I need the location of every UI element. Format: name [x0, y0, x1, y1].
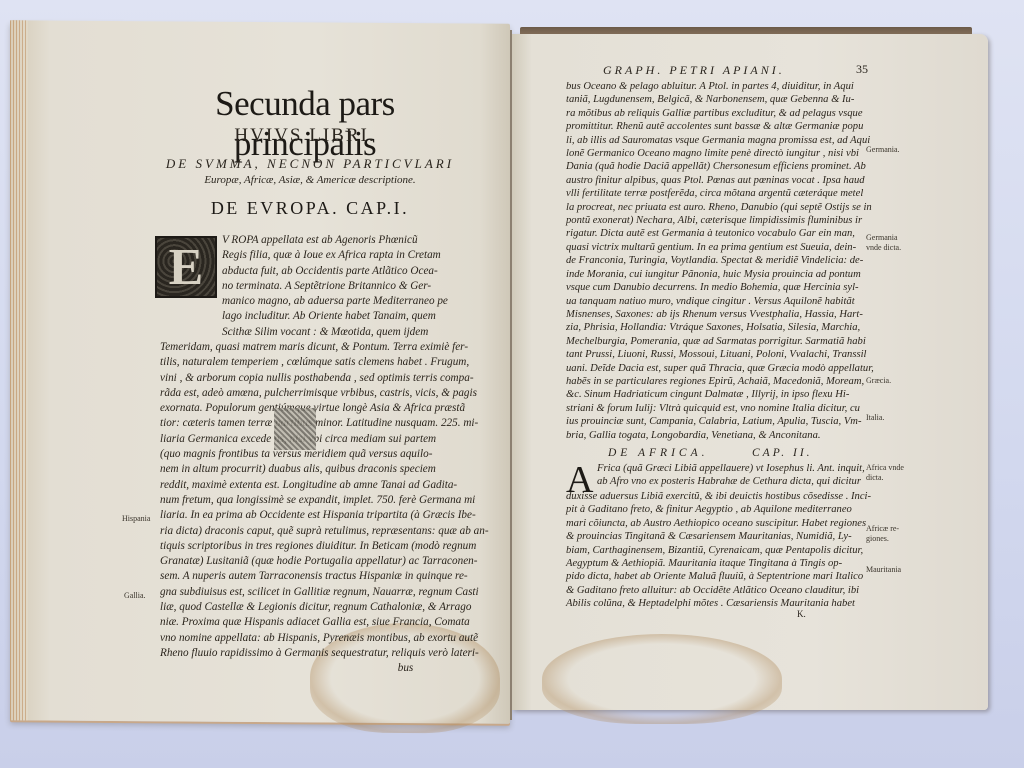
text-line: biam, Carthaginensem, Bizantiũ, Cyrenaic…: [566, 544, 871, 557]
text-line: reddit, maximè extenta est. Longitudine …: [160, 478, 489, 493]
initial-letter: E: [169, 238, 204, 297]
page-title: Secunda pars principalis: [145, 84, 465, 164]
text-line: vsque cum Danubio decurrens. In medio Bo…: [566, 281, 874, 294]
decorated-initial-E: E: [155, 236, 217, 298]
text-line: &c. Sinum Hadriaticum cingunt Dalmatæ , …: [566, 388, 874, 401]
margin-note-africa-vnde: Africa vnde: [866, 463, 904, 473]
text-line: duxisse aduersus Libiã exercitũ, & ibi d…: [566, 490, 871, 503]
text-line: tior: cæteris tamen terræ partibus minor…: [160, 416, 489, 431]
text-line: liaria Germanica excede ns, nisi vbi cir…: [160, 432, 489, 447]
margin-note-giones: giones.: [866, 534, 889, 544]
text-line: tant Prussi, Liuoni, Russi, Mossoui, Lit…: [566, 348, 874, 361]
text-line: de Franconia, Turingia, Voytlandia. Spec…: [566, 254, 874, 267]
text-line: sem. A nuperis autem Tarraconensis tract…: [160, 569, 489, 584]
text-line: niæ. Proxima quæ Hispanis adiacet Gallia…: [160, 615, 489, 630]
chapter-number: CAP. II.: [752, 447, 813, 459]
text-line: gna subdiuisus est, scilicet in Gallitiæ…: [160, 585, 489, 600]
text-line: exornata. Populorum gentiúmque virtue lo…: [160, 401, 489, 416]
text-line: vini , & arborum copia nullis posthabend…: [160, 371, 489, 386]
text-line: & prouincias Tingitanã & Cæsariensem Mau…: [566, 530, 871, 543]
text-line: Abilis colũna, & Heptadelphi mõtes . Cæs…: [566, 597, 871, 610]
text-line: tiquis scriptoribus in tres regiones diu…: [160, 539, 489, 554]
body-text-beside-initial-a: Frica (quã Græci Libiã appellauere) vt I…: [597, 462, 865, 489]
text-line: promittitur. Rhenũ autẽ accolentes sunt …: [566, 120, 874, 133]
body-text-right: bus Oceano & pelago abluitur. A Ptol. in…: [566, 80, 874, 442]
text-line: pontũ exonerat) Nechara, Albi, cæterisqu…: [566, 214, 874, 227]
text-line: Granatæ) Lusitaniã (quæ hodie Portugalia…: [160, 554, 489, 569]
margin-note-dicta: dicta.: [866, 473, 884, 483]
text-line: lago includitur. Ab Oriente habet Tanaim…: [222, 309, 448, 324]
book-gutter: [510, 30, 512, 720]
text-line: Rheno fluuio rapidissimo à Germanis sequ…: [160, 646, 489, 661]
margin-note-italia: Italia.: [866, 413, 884, 423]
open-book: Secunda pars principalis HVIVS LIBRI. DE…: [0, 0, 1024, 768]
section-subheading: Europæ, Africæ, Asiæ, & Americæ descript…: [150, 174, 470, 186]
text-line: li, ab illis ad Sauromatas vsque Germani…: [566, 134, 874, 147]
text-line: bus: [160, 661, 489, 676]
text-line: liæ, quod Castellæ & Legionis dicitur, r…: [160, 600, 489, 615]
page-subtitle: HVIVS LIBRI.: [140, 125, 470, 147]
text-line: lonẽ Germanico Oceano magno limite penè …: [566, 147, 874, 160]
text-line: num fretum, qua longissimè se expandit, …: [160, 493, 489, 508]
text-line: tilis, naturalem temperiem , cœlúmque sa…: [160, 355, 489, 370]
text-line: Mechelburgia, Pomerania, quæ ad Sarmatas…: [566, 335, 874, 348]
text-line: habẽs in se particulares regiones Epirũ,…: [566, 375, 874, 388]
text-line: liaria. In ea prima ab Occidente est His…: [160, 508, 489, 523]
margin-note-graecia: Græcia.: [866, 376, 891, 386]
text-line: Scithæ Silim vocant : & Mœotida, quem ij…: [222, 325, 448, 340]
text-line: abducta fuit, ab Occidentis parte Atlãti…: [222, 264, 448, 279]
text-line: V ROPA appellata est ab Agenoris Phœnicũ: [222, 233, 448, 248]
chapter-heading-africa: DE AFRICA.: [608, 447, 708, 459]
text-line: Misnenses, Saxones: ab ijs Rhenum versus…: [566, 308, 874, 321]
text-line: nem in altum procurrit) duabus alis, qui…: [160, 462, 489, 477]
text-line: manico magno, ab aduersa parte Mediterra…: [222, 294, 448, 309]
text-line: pido dicta, habet ab Oriente Maluã fluui…: [566, 570, 871, 583]
signature-mark: K.: [797, 609, 806, 619]
text-line: no terminata. A Septẽtrione Britannico &…: [222, 279, 448, 294]
text-line: rigatur. Dicta autẽ est Germania à teuto…: [566, 227, 874, 240]
text-line: rãda est, adeò amœna, pulcherrimisque vr…: [160, 386, 489, 401]
text-line: la procreat, nec priuata est auro. Rheno…: [566, 201, 874, 214]
body-text-beside-initial: V ROPA appellata est ab Agenoris Phœnicũ…: [222, 233, 448, 340]
text-line: vlli fertilitate terræ postferẽda, circa…: [566, 187, 874, 200]
text-line: striani & forum Iulij: Vltrà quicquid es…: [566, 402, 874, 415]
margin-note-germania: Germania.: [866, 145, 900, 155]
text-line: bria, Gallia togata, Longobardia, Veneti…: [566, 429, 874, 442]
margin-note-vnde-dicta: vnde dicta.: [866, 243, 901, 253]
body-text-africa: duxisse aduersus Libiã exercitũ, & ibi d…: [566, 490, 871, 611]
section-heading: DE SVMMA, NECNON PARTICVLARI: [150, 156, 470, 172]
text-line: (quo magnis frontibus ta versus meridiem…: [160, 447, 489, 462]
text-line: quasi victrix multarũ gentium. In ea pri…: [566, 241, 874, 254]
body-text-left: Temeridam, quasi matrem maris dicunt, & …: [160, 340, 489, 677]
margin-note-hispania: Hispania: [122, 514, 150, 524]
water-stain: [542, 634, 782, 724]
text-line: pit à Gaditano freto, & finitur Aegyptio…: [566, 503, 871, 516]
text-line: ra mõtibus ab reliquis Galliæ partibus e…: [566, 107, 874, 120]
text-line: Temeridam, quasi matrem maris dicunt, & …: [160, 340, 489, 355]
text-line: ab Afro vno ex posteris Habrahæ de Cethu…: [597, 475, 865, 488]
text-line: ua tanquam natiuo muro, vndique cingitur…: [566, 295, 874, 308]
margin-note-mauritania: Mauritania: [866, 565, 901, 575]
text-line: & Gaditano freto alluitur: ab Occidẽte A…: [566, 584, 871, 597]
text-line: bus Oceano & pelago abluitur. A Ptol. in…: [566, 80, 874, 93]
text-line: austro finitur alpibus, quas Ptol. Pœnas…: [566, 174, 874, 187]
text-line: Regis filia, quæ à Ioue ex Africa rapta …: [222, 248, 448, 263]
text-line: inde Morania, cui iungitur Pãnonia, huic…: [566, 268, 874, 281]
text-line: uani. Deĩde Dacia est, super quã Thracia…: [566, 362, 874, 375]
text-line: vno nomine appellata: ab Hispanis, Pyren…: [160, 631, 489, 646]
text-line: Aegyptum & Aethiopiã. Mauritania itaque …: [566, 557, 871, 570]
text-line: zia, Phrisia, Hollandia: Vtráque Saxones…: [566, 321, 874, 334]
text-line: taniã, Lugdunensem, Belgicã, & Narbonens…: [566, 93, 874, 106]
text-line: ius prouinciæ sunt, Campania, Calabria, …: [566, 415, 874, 428]
margin-note-gallia: Gallia.: [124, 591, 146, 601]
chapter-heading: DE EVROPA. CAP.I.: [140, 198, 480, 219]
page-number: 35: [856, 62, 868, 77]
margin-note-germania-2: Germania: [866, 233, 898, 243]
dragon-woodcut-illustration: [274, 408, 316, 450]
text-line: mari cõiuncta, ab Austro Aethiopico ocea…: [566, 517, 871, 530]
text-line: Dania (quã hodie Daciã appellãt) Cherson…: [566, 160, 874, 173]
running-head: GRAPH. PETRI APIANI.: [603, 63, 785, 78]
text-line: Frica (quã Græci Libiã appellauere) vt I…: [597, 462, 865, 475]
margin-note-africae-regiones: Africæ re-: [866, 524, 899, 534]
text-line: ria dicta) draconis caput, quẽ suprà ret…: [160, 524, 489, 539]
